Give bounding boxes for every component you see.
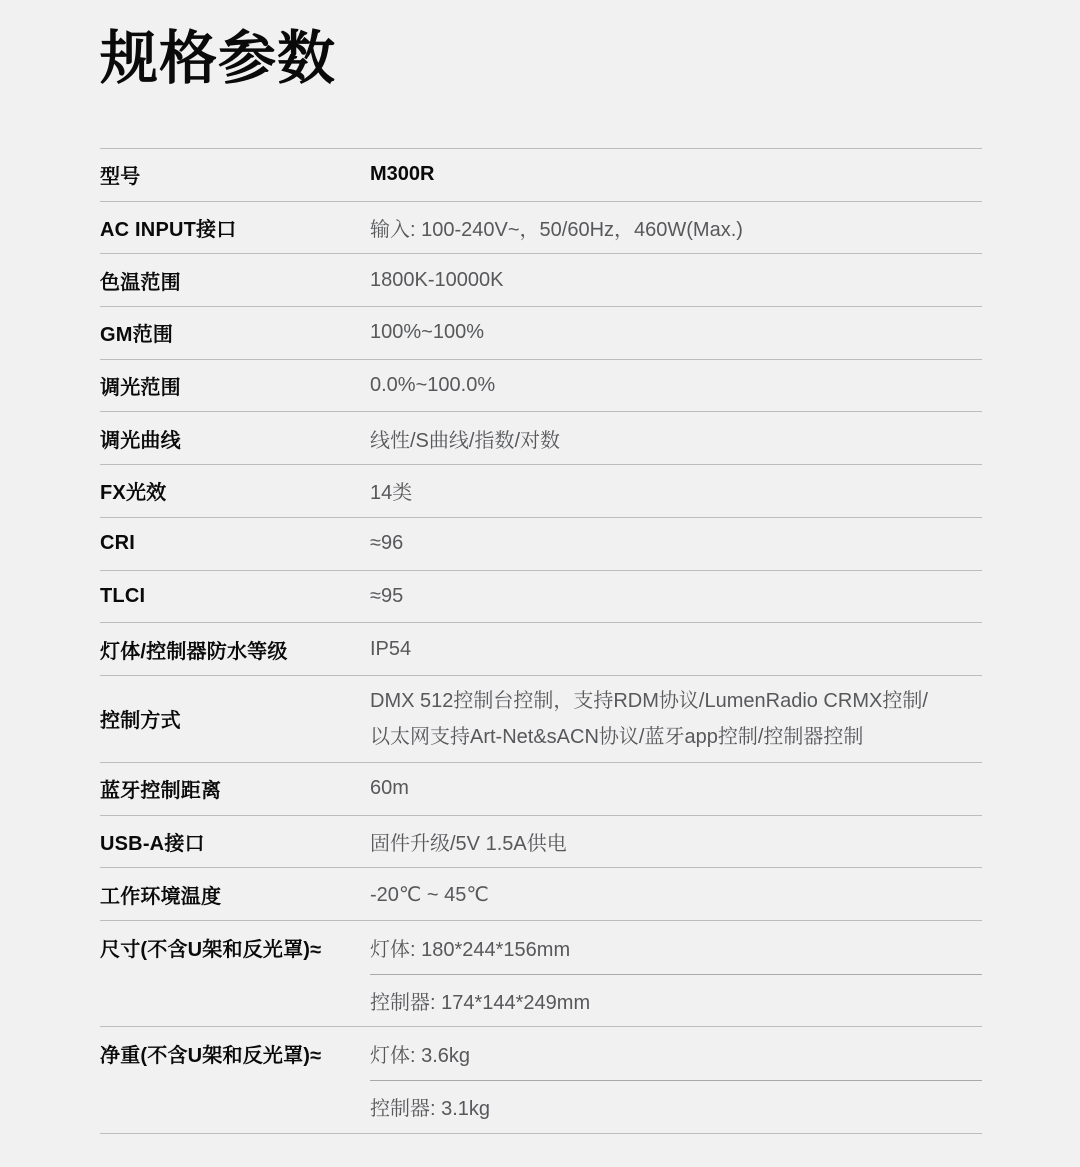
spec-label: USB-A接口 xyxy=(100,827,370,856)
spec-row-waterproof: 灯体/控制器防水等级 IP54 xyxy=(100,623,982,676)
spec-row-control-mode: 控制方式 DMX 512控制台控制，支持RDM协议/LumenRadio CRM… xyxy=(100,676,982,763)
spec-label: 型号 xyxy=(100,160,370,189)
spec-label: 净重(不含U架和反光罩)≈ xyxy=(100,1027,370,1080)
spec-value: 输入: 100-240V~，50/60Hz，460W(Max.) xyxy=(370,213,982,242)
page-title: 规格参数 xyxy=(100,0,982,94)
spec-value: 100%~100% xyxy=(370,321,982,344)
spec-value: M300R xyxy=(370,163,982,186)
spec-sub-value: 控制器: 174*144*249mm xyxy=(370,974,982,1027)
spec-row-operating-temp: 工作环境温度 -20℃ ~ 45℃ xyxy=(100,868,982,921)
spec-value: 线性/S曲线/指数/对数 xyxy=(370,424,982,453)
spec-label: 工作环境温度 xyxy=(100,880,370,909)
spec-label: 调光范围 xyxy=(100,371,370,400)
spec-label: 灯体/控制器防水等级 xyxy=(100,635,370,664)
spec-sub-value: 灯体: 180*244*156mm xyxy=(370,921,982,974)
spec-row-dimming-curve: 调光曲线 线性/S曲线/指数/对数 xyxy=(100,412,982,465)
spec-content: 规格参数 型号 M300R AC INPUT接口 输入: 100-240V~，5… xyxy=(100,0,982,1134)
spec-label: CRI xyxy=(100,532,370,555)
spec-table: 型号 M300R AC INPUT接口 输入: 100-240V~，50/60H… xyxy=(100,148,982,1134)
spec-value: 1800K-10000K xyxy=(370,269,982,292)
spec-row-bluetooth-range: 蓝牙控制距离 60m xyxy=(100,763,982,816)
spec-row-dimensions: 尺寸(不含U架和反光罩)≈ 灯体: 180*244*156mm 控制器: 174… xyxy=(100,921,982,1027)
spec-label: FX光效 xyxy=(100,476,370,505)
spec-label: 调光曲线 xyxy=(100,424,370,453)
spec-row-fx: FX光效 14类 xyxy=(100,465,982,518)
spec-value: 14类 xyxy=(370,476,982,505)
spec-row-cri: CRI ≈96 xyxy=(100,518,982,571)
spec-sub-value: 控制器: 3.1kg xyxy=(370,1080,982,1133)
spec-row-usb-a: USB-A接口 固件升级/5V 1.5A供电 xyxy=(100,816,982,869)
spec-row-model: 型号 M300R xyxy=(100,149,982,202)
spec-value: ≈96 xyxy=(370,532,982,555)
spec-label: 色温范围 xyxy=(100,266,370,295)
spec-page: 规格参数 型号 M300R AC INPUT接口 输入: 100-240V~，5… xyxy=(0,0,1080,1167)
spec-value: ≈95 xyxy=(370,585,982,608)
spec-value: -20℃ ~ 45℃ xyxy=(370,882,982,907)
spec-value: 0.0%~100.0% xyxy=(370,374,982,397)
spec-label: 尺寸(不含U架和反光罩)≈ xyxy=(100,921,370,974)
spec-row-dimming-range: 调光范围 0.0%~100.0% xyxy=(100,360,982,413)
spec-row-tlci: TLCI ≈95 xyxy=(100,571,982,624)
spec-row-ac-input: AC INPUT接口 输入: 100-240V~，50/60Hz，460W(Ma… xyxy=(100,202,982,255)
spec-label: 控制方式 xyxy=(100,704,370,733)
spec-row-net-weight: 净重(不含U架和反光罩)≈ 灯体: 3.6kg 控制器: 3.1kg xyxy=(100,1027,982,1133)
spec-label: GM范围 xyxy=(100,318,370,347)
spec-value: 固件升级/5V 1.5A供电 xyxy=(370,827,982,856)
spec-value-line: DMX 512控制台控制，支持RDM协议/LumenRadio CRMX控制/ xyxy=(370,683,982,719)
spec-value: 60m xyxy=(370,777,982,800)
spec-value: IP54 xyxy=(370,638,982,661)
spec-value-line: 以太网支持Art-Net&sACN协议/蓝牙app控制/控制器控制 xyxy=(370,719,982,755)
spec-row-color-temp: 色温范围 1800K-10000K xyxy=(100,254,982,307)
spec-value-group: 灯体: 180*244*156mm 控制器: 174*144*249mm xyxy=(370,921,982,1026)
spec-value-group: 灯体: 3.6kg 控制器: 3.1kg xyxy=(370,1027,982,1132)
spec-label: TLCI xyxy=(100,585,370,608)
spec-row-gm-range: GM范围 100%~100% xyxy=(100,307,982,360)
spec-label: 蓝牙控制距离 xyxy=(100,774,370,803)
spec-label: AC INPUT接口 xyxy=(100,213,370,242)
spec-sub-value: 灯体: 3.6kg xyxy=(370,1027,982,1080)
spec-value: DMX 512控制台控制，支持RDM协议/LumenRadio CRMX控制/ … xyxy=(370,683,982,755)
